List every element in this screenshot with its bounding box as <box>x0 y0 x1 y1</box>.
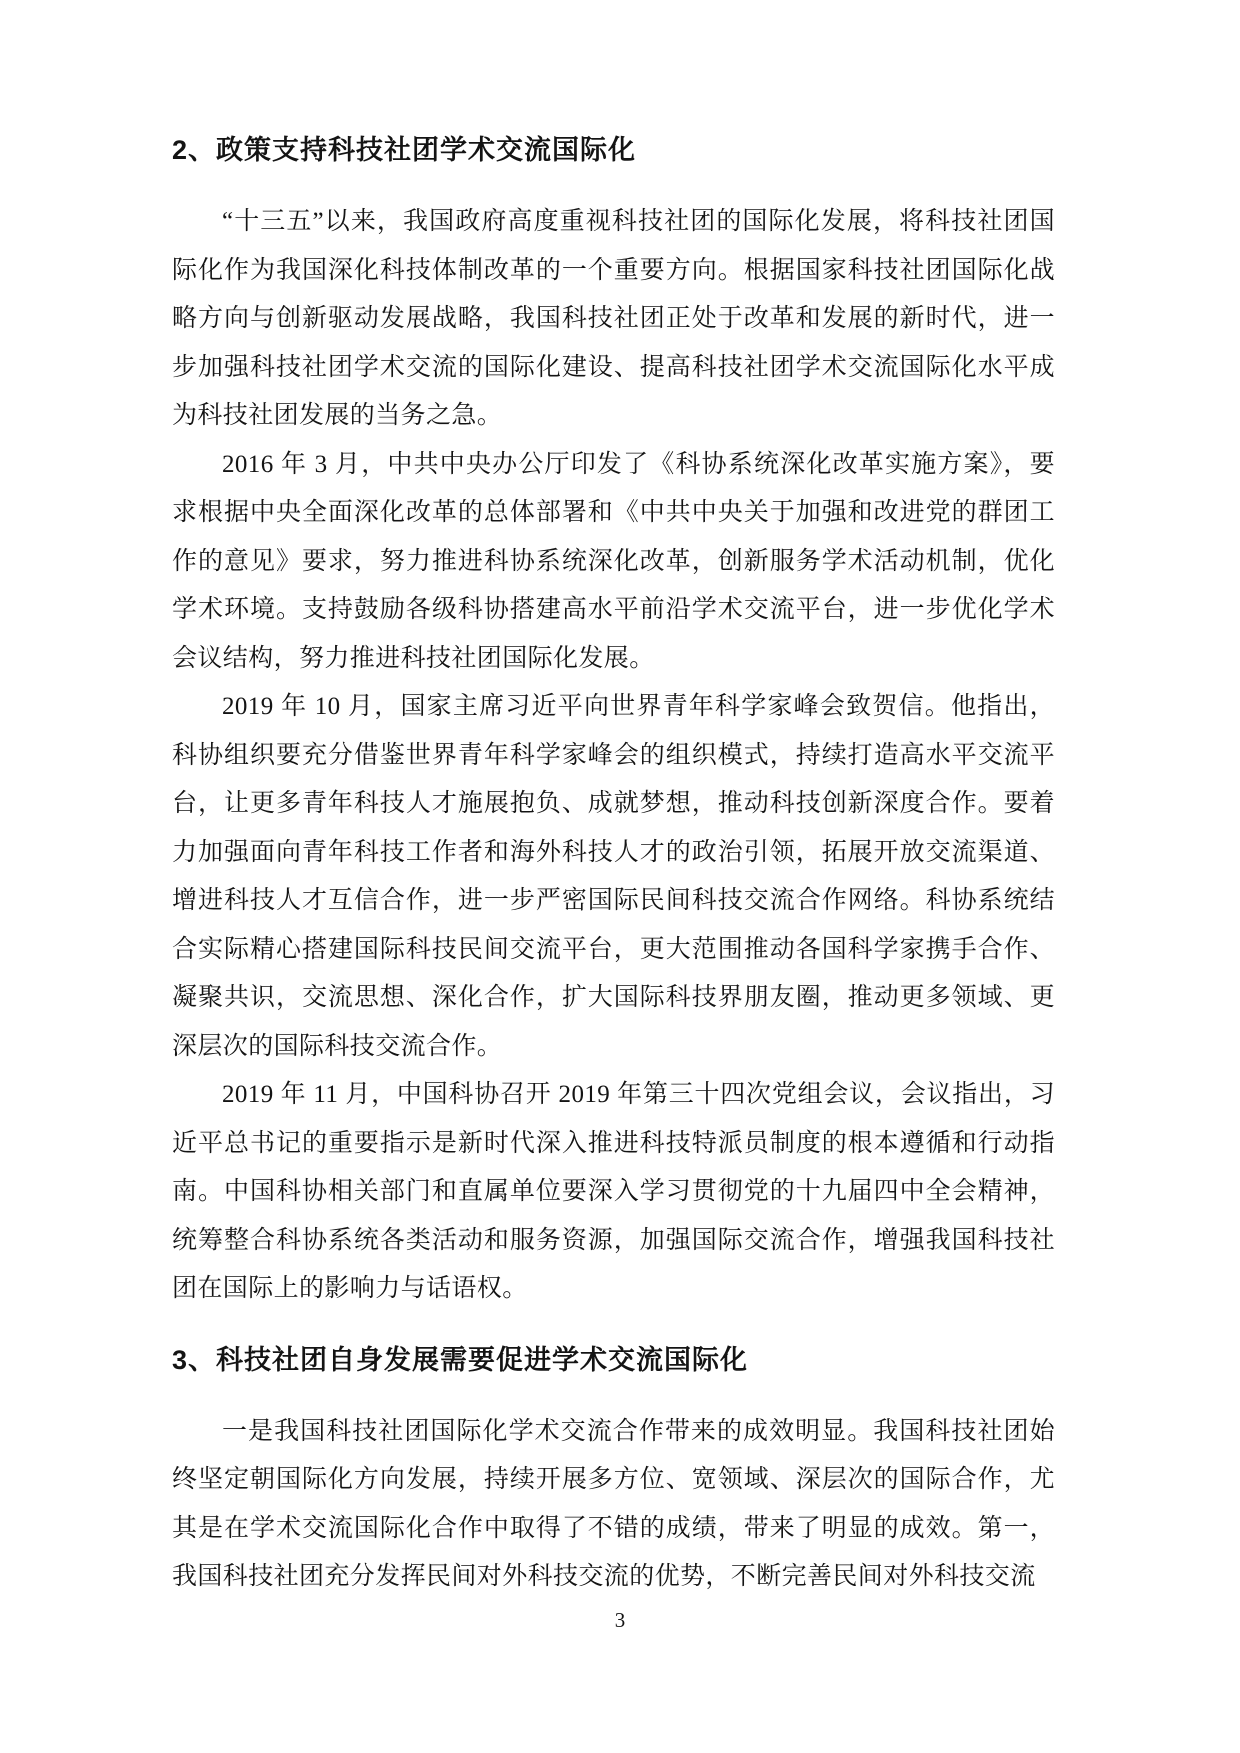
section-2-paragraph-1: “十三五”以来，我国政府高度重视科技社团的国际化发展，将科技社团国际化作为我国深… <box>172 198 1055 441</box>
section-2-heading: 2、政策支持科技社团学术交流国际化 <box>172 130 1055 170</box>
section-2-paragraph-4: 2019 年 11 月，中国科协召开 2019 年第三十四次党组会议，会议指出，… <box>172 1071 1055 1314</box>
document-page: 2、政策支持科技社团学术交流国际化 “十三五”以来，我国政府高度重视科技社团的国… <box>0 0 1240 1753</box>
section-2-paragraph-2: 2016 年 3 月，中共中央办公厅印发了《科协系统深化改革实施方案》，要求根据… <box>172 441 1055 684</box>
section-3-heading: 3、科技社团自身发展需要促进学术交流国际化 <box>172 1340 1055 1380</box>
page-number: 3 <box>0 1608 1240 1633</box>
section-2-paragraph-3: 2019 年 10 月，国家主席习近平向世界青年科学家峰会致贺信。他指出，科协组… <box>172 683 1055 1071</box>
section-3-paragraph-1: 一是我国科技社团国际化学术交流合作带来的成效明显。我国科技社团始终坚定朝国际化方… <box>172 1408 1055 1602</box>
